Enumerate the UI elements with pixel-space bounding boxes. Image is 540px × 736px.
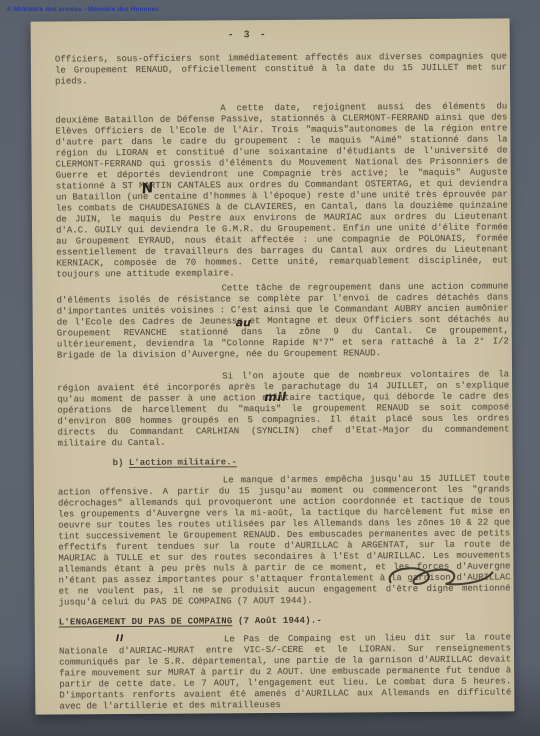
page-number: - 3 - <box>218 30 278 41</box>
handwritten-ll-correction: ll <box>116 635 124 644</box>
section-heading-action-militaire: b) L'action militaire.- <box>113 457 237 468</box>
paragraph-officiers-affectes: Officiers, sous-officiers sont immédiate… <box>55 51 507 87</box>
section-title: L'action militaire.- <box>129 457 237 468</box>
handwritten-au-correction: au <box>236 317 251 328</box>
paragraph-regroupement-maquis: A cette date, rejoignent aussi des éléme… <box>55 101 508 280</box>
document-page: - 3 - Officiers, sous-officiers sont imm… <box>31 18 515 714</box>
archive-watermark: © Ministère des armées - Mémoire des Hom… <box>7 6 159 13</box>
handwritten-mil-correction: mil <box>264 391 286 403</box>
handwritten-n-correction: N <box>141 181 155 197</box>
paragraph-pas-de-compaing: Le Pas de Compaing est un lieu dit sur l… <box>59 632 512 712</box>
section-label: b) <box>113 458 124 468</box>
handwritten-transposition-mark-icon <box>384 562 498 591</box>
engagement-title: L'ENGAGEMENT DU PAS DE COMPAING <box>59 616 233 627</box>
section-heading-engagement-pas-de-compaing: L'ENGAGEMENT DU PAS DE COMPAING (7 Août … <box>59 616 322 628</box>
engagement-date: (7 Août 1944).- <box>232 616 322 627</box>
paragraph-volontaires-effectifs: Si l'on ajoute que de nombreux volontair… <box>57 369 510 449</box>
paragraph-cadres-detaches: Cette tâche de regroupement dans une act… <box>56 281 509 361</box>
scanned-document-background: © Ministère des armées - Mémoire des Hom… <box>0 0 540 736</box>
